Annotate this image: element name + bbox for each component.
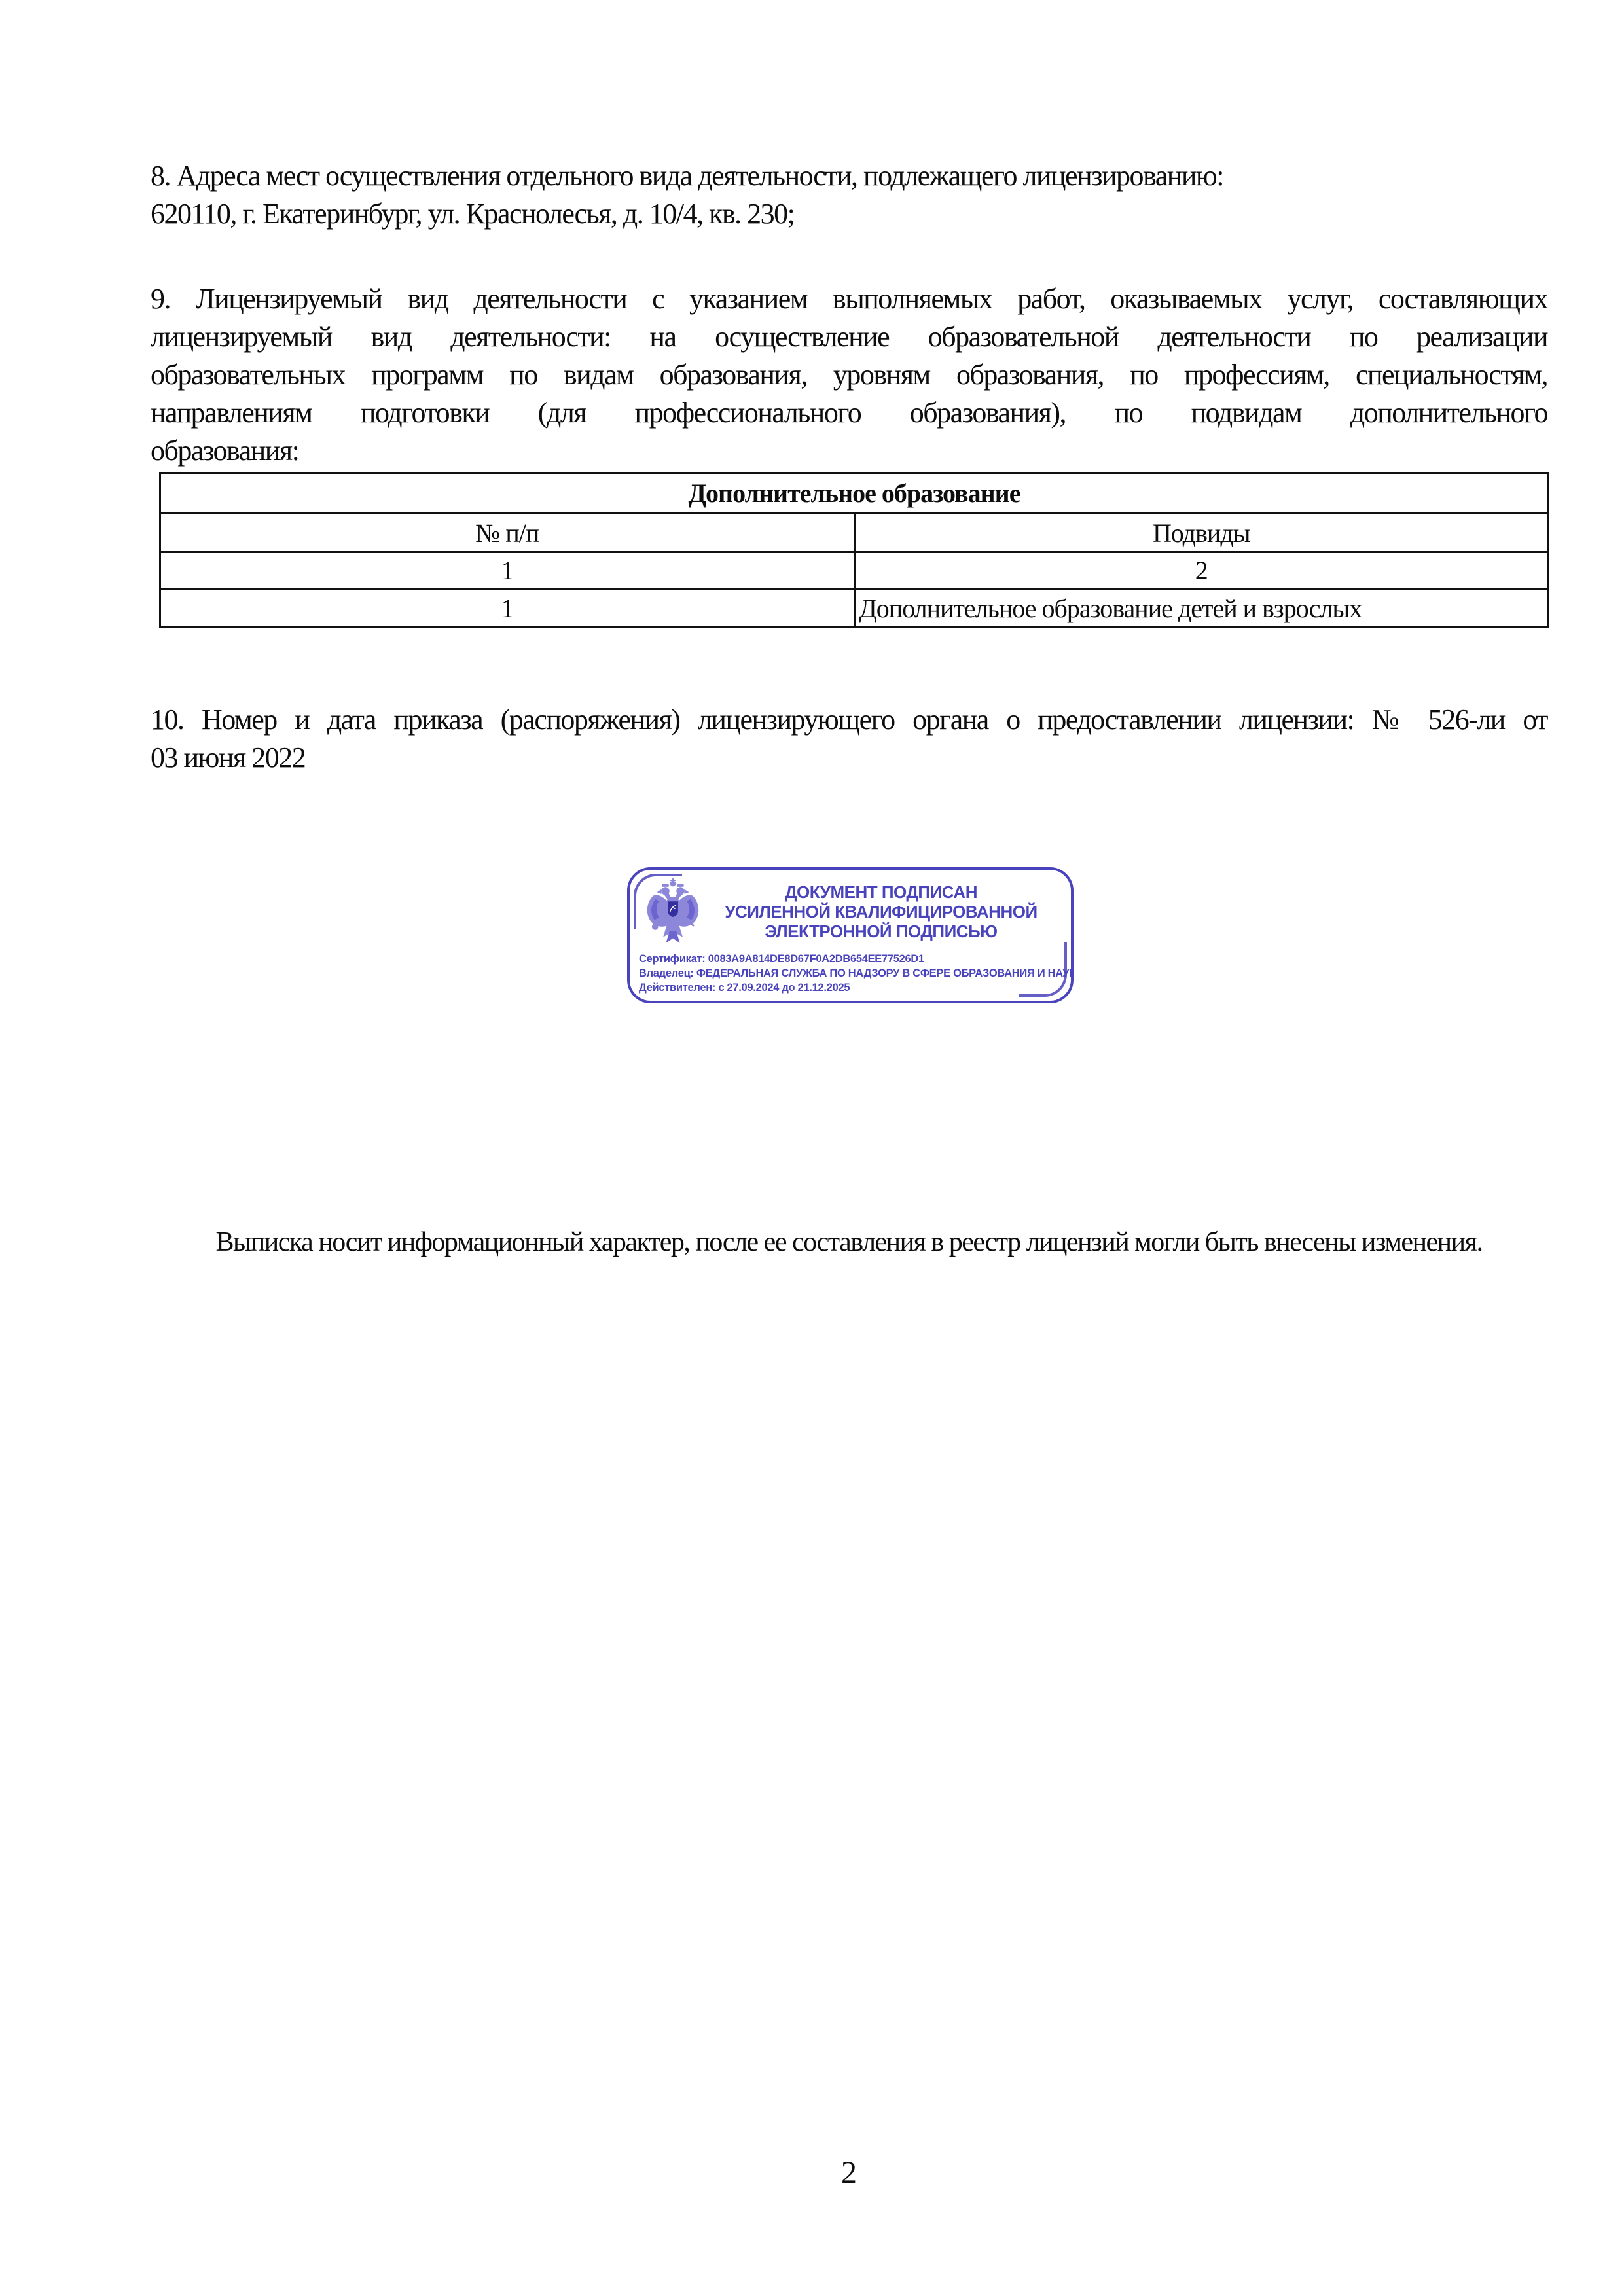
table-row: 1 Дополнительное образование детей и взр… (160, 589, 1549, 628)
stamp-certificate: Сертификат: 0083A9A814DE8D67F0A2DB654EE7… (639, 952, 1060, 966)
text-line: 9. Лицензируемый вид деятельности с указ… (151, 280, 1547, 318)
stamp-title-line: ДОКУМЕНТ ПОДПИСАН (702, 882, 1060, 902)
document-page: 8. Адреса мест осуществления отдельного … (0, 0, 1624, 2296)
table-header-row: № п/п Подвиды (160, 514, 1549, 552)
page-number: 2 (151, 2155, 1547, 2191)
stamp-details: Сертификат: 0083A9A814DE8D67F0A2DB654EE7… (639, 952, 1060, 995)
stamp-owner: Владелец: ФЕДЕРАЛЬНАЯ СЛУЖБА ПО НАДЗОРУ … (639, 966, 1060, 980)
text-line: лицензируемый вид деятельности: на осуще… (151, 318, 1547, 356)
column-number: 2 (854, 552, 1549, 589)
table-title-row: Дополнительное образование (160, 473, 1549, 514)
stamp-validity: Действителен: с 27.09.2024 до 21.12.2025 (639, 980, 1060, 995)
row-subtype-cell: Дополнительное образование детей и взрос… (854, 589, 1549, 628)
text-line: образования: (151, 432, 1547, 470)
table-column-numbers-row: 1 2 (160, 552, 1549, 589)
text-line: 620110, г. Екатеринбург, ул. Краснолесья… (151, 195, 1547, 233)
russian-coat-of-arms-icon (644, 878, 702, 946)
header-subtypes: Подвиды (854, 514, 1549, 552)
stamp-top-section: ДОКУМЕНТ ПОДПИСАН УСИЛЕННОЙ КВАЛИФИЦИРОВ… (639, 878, 1060, 946)
additional-education-table: Дополнительное образование № п/п Подвиды… (159, 472, 1549, 628)
text-line: 8. Адреса мест осуществления отдельного … (151, 157, 1547, 195)
stamp-title-line: УСИЛЕННОЙ КВАЛИФИЦИРОВАННОЙ (702, 902, 1060, 922)
stamp-title-line: ЭЛЕКТРОННОЙ ПОДПИСЬЮ (702, 922, 1060, 941)
header-num: № п/п (160, 514, 855, 552)
informational-note: Выписка носит информационный характер, п… (151, 1227, 1547, 1258)
column-number: 1 (160, 552, 855, 589)
text-line: 03 июня 2022 (151, 739, 1547, 777)
text-line: направлениям подготовки (для профессиона… (151, 394, 1547, 432)
table-title: Дополнительное образование (160, 473, 1549, 514)
paragraph-9-licensed-activity: 9. Лицензируемый вид деятельности с указ… (151, 280, 1547, 470)
row-num-cell: 1 (160, 589, 855, 628)
stamp-title: ДОКУМЕНТ ПОДПИСАН УСИЛЕННОЙ КВАЛИФИЦИРОВ… (702, 882, 1060, 941)
paragraph-8-addresses: 8. Адреса мест осуществления отдельного … (151, 157, 1547, 233)
text-line: образовательных программ по видам образо… (151, 356, 1547, 394)
paragraph-10-order-number: 10. Номер и дата приказа (распоряжения) … (151, 701, 1547, 777)
text-line: 10. Номер и дата приказа (распоряжения) … (151, 701, 1547, 739)
digital-signature-stamp: ДОКУМЕНТ ПОДПИСАН УСИЛЕННОЙ КВАЛИФИЦИРОВ… (627, 867, 1074, 1003)
